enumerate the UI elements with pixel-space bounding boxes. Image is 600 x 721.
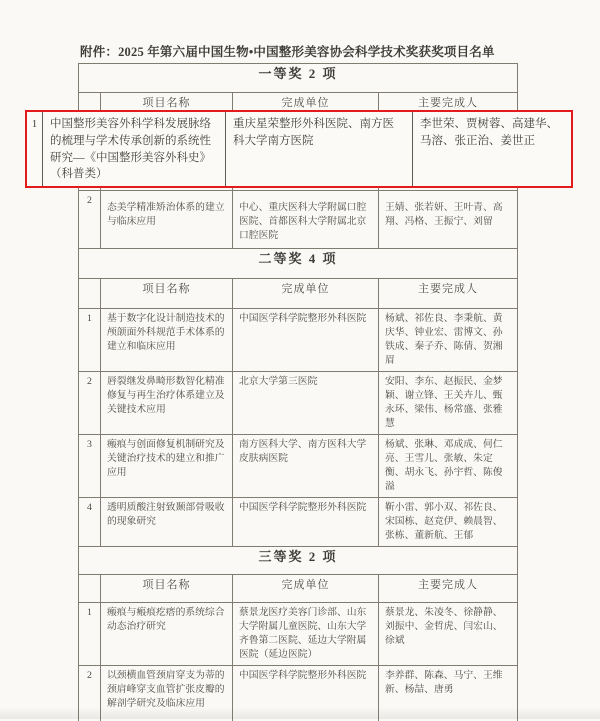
- cell-people: 安阳、李东、赵振民、金梦颖、谢立锋、王关卉儿、甄永环、梁伟、杨常盛、张雅慧: [379, 372, 518, 435]
- cell-num: 1: [79, 309, 101, 372]
- cell-unit: 蔡景龙医疗美容门诊部、山东大学附属儿童医院、山东大学齐鲁第二医院、延边大学附属医…: [233, 603, 379, 666]
- table-row: 2 态美学精准矫治体系的建立与临床应用 中心、重庆医科大学附属口腔医院、首都医科…: [79, 191, 518, 249]
- highlight-box: 1 中国整形美容外科学科发展脉络的梳理与学术传承创新的系统性研究—《中国整形美容…: [25, 110, 573, 188]
- header-people: 主要完成人: [379, 279, 518, 309]
- header-people: 主要完成人: [379, 575, 518, 603]
- cell-unit: 中国医学科学院整形外科医院: [233, 498, 379, 547]
- cell-people: 蔡景龙、朱凌冬、徐静静、刘振中、金哲虎、闫宏山、徐斌: [379, 603, 518, 666]
- banner-third-prize: 三等奖 2 项: [79, 547, 518, 575]
- header-project: 项目名称: [101, 575, 233, 603]
- header-unit: 完成单位: [233, 279, 379, 309]
- banner-second-prize: 二等奖 4 项: [79, 249, 518, 279]
- header-num: [79, 575, 101, 603]
- cell-people: 靳小雷、郭小双、祁佐良、宋国栋、赵竞伊、赖晨智、张栋、董新航、王郁: [379, 498, 518, 547]
- cell-people: 杨斌、祁佐良、李秉航、黄庆华、钟业宏、雷博文、孙铁成、秦子乔、陈倩、贺湘眉: [379, 309, 518, 372]
- header-row: 项目名称 完成单位 主要完成人: [79, 575, 518, 603]
- cell-num: 2: [79, 372, 101, 435]
- section-banner-row: 一等奖 2 项: [79, 64, 518, 93]
- header-num: [79, 279, 101, 309]
- table-row: 1 瘢痕与瘢痕疙瘩的系统综合动态治疗研究 蔡景龙医疗美容门诊部、山东大学附属儿童…: [79, 603, 518, 666]
- cell-num: 1: [79, 603, 101, 666]
- highlight-unit: 重庆星荣整形外科医院、南方医科大学南方医院: [226, 112, 412, 186]
- cell-project: 透明质酸注射致颞部骨吸收的现象研究: [101, 498, 233, 547]
- section-banner-row: 三等奖 2 项: [79, 547, 518, 575]
- cell-people: 王婧、张若妍、王叶青、高翔、冯格、王振宁、刘留: [379, 191, 518, 249]
- cell-project: 态美学精准矫治体系的建立与临床应用: [101, 191, 233, 249]
- cell-unit: 中国医学科学院整形外科医院: [233, 309, 379, 372]
- highlight-num: 1: [27, 112, 42, 186]
- highlight-people: 李世荣、贾树蓉、高建华、马溶、张正治、姜世正: [413, 112, 571, 186]
- document-page: 附件：2025 年第六届中国生物•中国整形美容协会科学技术奖获奖项目名单 一等奖…: [0, 0, 600, 721]
- cell-unit: 北京大学第三医院: [233, 372, 379, 435]
- banner-first-prize: 一等奖 2 项: [79, 64, 518, 93]
- table-row: 2 以颈横血管颈肩穿支为蒂的颈肩峰穿支血管扩张皮瓣的解剖学研究及临床应用 中国医…: [79, 666, 518, 721]
- cell-project: 以颈横血管颈肩穿支为蒂的颈肩峰穿支血管扩张皮瓣的解剖学研究及临床应用: [101, 666, 233, 721]
- cell-num: 3: [79, 435, 101, 498]
- doc-title: 附件：2025 年第六届中国生物•中国整形美容协会科学技术奖获奖项目名单: [80, 42, 540, 60]
- header-unit: 完成单位: [233, 575, 379, 603]
- cell-unit: 中国医学科学院整形外科医院: [233, 666, 379, 721]
- table-row: 4 透明质酸注射致颞部骨吸收的现象研究 中国医学科学院整形外科医院 靳小雷、郭小…: [79, 498, 518, 547]
- cell-project: 唇裂继发鼻畸形数智化精准修复与再生治疗体系建立及关键技术应用: [101, 372, 233, 435]
- cell-people: 李养群、陈森、马宁、王维新、杨喆、唐勇: [379, 666, 518, 721]
- cell-project: 瘢痕与瘢痕疙瘩的系统综合动态治疗研究: [101, 603, 233, 666]
- table-row: 3 瘢痕与创面修复机制研究及关键治疗技术的建立和推广应用 南方医科大学、南方医科…: [79, 435, 518, 498]
- cell-people: 杨斌、张琳、邓成成、何仁亮、王雪儿、张敏、朱定衡、胡永飞、孙宇哲、陈俊溢: [379, 435, 518, 498]
- cell-unit: 中心、重庆医科大学附属口腔医院、首都医科大学附属北京口腔医院: [233, 191, 379, 249]
- section-banner-row: 二等奖 4 项: [79, 249, 518, 279]
- cell-unit: 南方医科大学、南方医科大学皮肤病医院: [233, 435, 379, 498]
- cell-num: 4: [79, 498, 101, 547]
- cell-project: 基于数字化设计制造技术的颅颌面外科规范手术体系的建立和临床应用: [101, 309, 233, 372]
- table-row: 2 唇裂继发鼻畸形数智化精准修复与再生治疗体系建立及关键技术应用 北京大学第三医…: [79, 372, 518, 435]
- cell-num: 2: [79, 666, 101, 721]
- table-row: 1 基于数字化设计制造技术的颅颌面外科规范手术体系的建立和临床应用 中国医学科学…: [79, 309, 518, 372]
- cell-num: 2: [79, 191, 101, 249]
- header-row: 项目名称 完成单位 主要完成人: [79, 279, 518, 309]
- cell-project: 瘢痕与创面修复机制研究及关键治疗技术的建立和推广应用: [101, 435, 233, 498]
- header-project: 项目名称: [101, 279, 233, 309]
- highlight-project: 中国整形美容外科学科发展脉络的梳理与学术传承创新的系统性研究—《中国整形美容外科…: [43, 112, 225, 186]
